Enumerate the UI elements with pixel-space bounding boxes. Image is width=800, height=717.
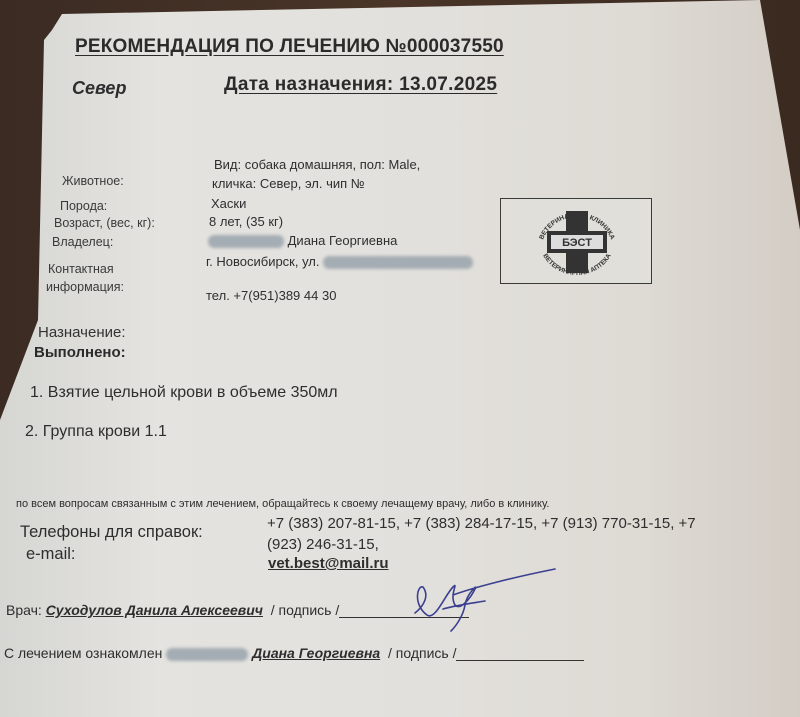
client-signature-row: С лечением ознакомлен Диана Георгиевна /…	[4, 645, 584, 661]
appointment-date: Дата назначения: 13.07.2025	[224, 74, 497, 96]
owner-label: Владелец:	[52, 235, 113, 249]
doctor-signature-row: Врач: Суходулов Данила Алексеевич / подп…	[6, 602, 469, 618]
phones-label: Телефоны для справок:	[20, 523, 203, 542]
svg-text:БЭСТ: БЭСТ	[562, 237, 592, 249]
acknowledged-label: С лечением ознакомлен	[4, 645, 162, 661]
age-value: 8 лет, (35 кг)	[209, 214, 283, 229]
client-signature-label: / подпись /	[388, 645, 456, 661]
contact-label-1: Контактная	[48, 262, 114, 276]
address-text: г. Новосибирск, ул.	[206, 254, 320, 269]
client-name: Диана Георгиевна	[252, 645, 380, 661]
redacted-client-surname	[166, 648, 248, 661]
phones-line-1: +7 (383) 207-81-15, +7 (383) 284-17-15, …	[267, 514, 696, 534]
animal-label: Животное:	[62, 174, 124, 188]
doctor-name: Суходулов Данила Алексеевич	[46, 602, 263, 618]
animal-line-1: Вид: собака домашняя, пол: Male,	[214, 157, 420, 172]
assigned-label: Назначение:	[38, 324, 126, 341]
age-label: Возраст, (вес, кг):	[54, 216, 155, 230]
contact-note: по всем вопросам связанным с этим лечени…	[16, 498, 549, 510]
pet-name-heading: Север	[72, 78, 126, 99]
breed-value: Хаски	[211, 196, 246, 211]
clinic-email[interactable]: vet.best@mail.ru	[268, 555, 389, 572]
address-value: г. Новосибирск, ул.	[206, 254, 473, 269]
phone-value: тел. +7(951)389 44 30	[206, 288, 336, 303]
done-label: Выполнено:	[34, 344, 126, 361]
treatment-item-2: 2. Группа крови 1.1	[25, 423, 167, 441]
clinic-stamp: БЭСТ ВЕТЕРИНАРНАЯ КЛИНИКА ВЕТЕРИНАРНАЯ А…	[500, 198, 652, 284]
breed-label: Порода:	[60, 199, 107, 213]
owner-name: Диана Георгиевна	[288, 233, 398, 248]
doctor-signature-label: / подпись /	[271, 602, 339, 618]
doctor-label: Врач:	[6, 602, 42, 618]
handwritten-signature-icon	[405, 565, 565, 635]
clinic-logo-icon: БЭСТ ВЕТЕРИНАРНАЯ КЛИНИКА ВЕТЕРИНАРНАЯ А…	[501, 199, 651, 283]
redacted-address	[323, 256, 473, 269]
phones-line-2: (923) 246-31-15,	[267, 535, 379, 555]
owner-value: Диана Георгиевна	[208, 233, 397, 248]
document-title: РЕКОМЕНДАЦИЯ ПО ЛЕЧЕНИЮ №000037550	[75, 36, 504, 58]
contact-label-2: информация:	[46, 280, 124, 294]
animal-line-2: кличка: Север, эл. чип №	[212, 176, 365, 191]
client-signature-line	[456, 646, 584, 661]
email-label: e-mail:	[26, 545, 76, 564]
redacted-surname	[208, 235, 284, 248]
treatment-item-1: 1. Взятие цельной крови в объеме 350мл	[30, 384, 338, 402]
